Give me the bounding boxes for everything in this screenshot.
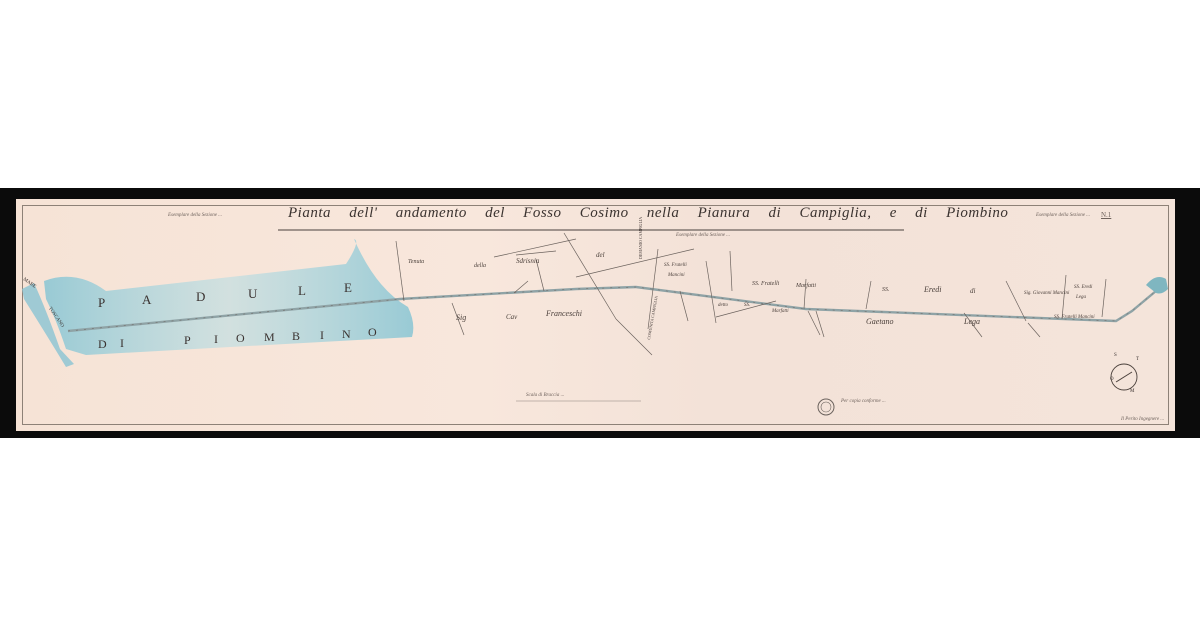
- label-marfatti-1: Marfatti: [796, 283, 816, 289]
- marsh-letter: O: [368, 325, 377, 340]
- marsh-letter: P: [98, 295, 105, 311]
- marsh-letter: B: [292, 329, 300, 344]
- marsh-letter: M: [264, 330, 275, 345]
- label-ss-fratelli-2: SS. Fratelli: [752, 281, 779, 287]
- label-sig: Sig: [456, 313, 466, 322]
- label-lega-2: Lega: [1076, 295, 1086, 300]
- marsh-letter: O: [236, 331, 245, 346]
- marsh-letter: D: [196, 289, 205, 305]
- marsh-letter: D: [98, 337, 107, 352]
- label-ss-fratelli-1: SS. Fratelli: [664, 263, 687, 268]
- marsh-letter: I: [320, 328, 324, 343]
- label-ss-2: SS.: [882, 287, 890, 293]
- marsh-letter: P: [184, 333, 191, 348]
- marsh-letter: I: [214, 332, 218, 347]
- marsh-letter: N: [342, 327, 351, 342]
- label-mancini: Mancini: [668, 273, 685, 278]
- label-sig-giovanni-mancini: Sig. Giovanni Mancini: [1024, 291, 1069, 296]
- label-eredi: Eredi: [924, 285, 941, 294]
- map-sheet: Pianta dell' andamento del Fosso Cosimo …: [16, 199, 1175, 431]
- scale-caption: Scala di Braccia ...: [526, 393, 564, 398]
- label-ss-1: SS.: [744, 303, 750, 308]
- compass-letter: T: [1136, 357, 1139, 362]
- label-lega: Lega: [964, 317, 980, 326]
- compass-letter: M: [1130, 389, 1134, 394]
- note-top-left: Esemplare della Sezione ...: [168, 213, 222, 218]
- label-franceschi: Franceschi: [546, 309, 582, 318]
- marsh-letter: A: [142, 292, 151, 308]
- note-top-right: Esemplare della Sezione ...: [1036, 213, 1090, 218]
- marsh-letter: I: [120, 336, 124, 351]
- label-di: di: [970, 287, 975, 295]
- label-marfatti-2: Marfatti: [772, 309, 789, 314]
- marsh-letter: U: [248, 286, 257, 302]
- note-top-center: Esemplare della Sezione ...: [676, 233, 730, 238]
- marsh-letter: L: [298, 283, 306, 299]
- label-del: del: [596, 251, 605, 259]
- label-detto: detto: [718, 303, 728, 308]
- label-gaetano: Gaetano: [866, 317, 894, 326]
- label-sdrisnia: Sdrisnia: [516, 257, 539, 265]
- label-ss-fratelli-mancini: SS. Fratelli Mancini: [1054, 315, 1095, 320]
- compass-letter: O: [1110, 377, 1114, 382]
- seal-stamp: [818, 399, 834, 415]
- label-tenuta: Tenuta: [408, 259, 424, 265]
- marsh-letter: E: [344, 280, 352, 296]
- compass-letter: S: [1114, 353, 1117, 358]
- certification-note: Per copia conforme ...: [841, 399, 886, 404]
- map-drawing: [16, 199, 1175, 431]
- label-demanio-campiglia: DEMANIO CAMPIGLIA: [638, 217, 643, 259]
- compass-rose: [1111, 364, 1137, 390]
- label-della: della: [474, 263, 486, 269]
- map-title: Pianta dell' andamento del Fosso Cosimo …: [288, 205, 1008, 222]
- label-ss-eredi: SS. Eredi: [1074, 285, 1092, 290]
- harbour-water: [1146, 277, 1168, 294]
- engineer-signature: Il Perito Ingegnere ...: [1121, 417, 1164, 422]
- label-cav: Cav: [506, 313, 517, 321]
- sheet-number: N.1: [1101, 211, 1111, 219]
